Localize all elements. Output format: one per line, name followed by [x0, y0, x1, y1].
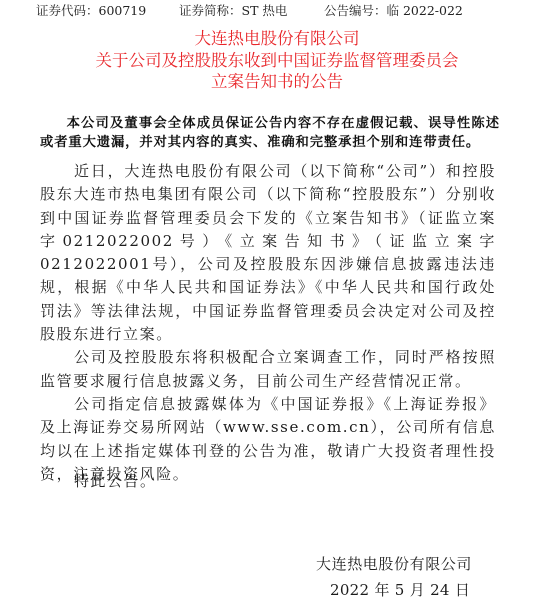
announcement-number: 公告编号：临 2022-022	[324, 2, 463, 20]
signature-date: 2022 年 5 月 24 日	[316, 577, 468, 603]
announcement-body: 近日，大连热电股份有限公司（以下简称“公司”）和控股股东大连市热电集团有限公司（…	[40, 160, 496, 486]
announcement-title: 大连热电股份有限公司 关于公司及控股股东收到中国证券监督管理委员会 立案告知书的…	[0, 28, 554, 93]
stock-code: 证券代码：600719	[36, 2, 146, 20]
title-subject-line2: 立案告知书的公告	[0, 71, 554, 93]
title-subject-line1: 关于公司及控股股东收到中国证券监督管理委员会	[0, 50, 554, 72]
title-company: 大连热电股份有限公司	[0, 28, 554, 50]
signature-block: 大连热电股份有限公司 2022 年 5 月 24 日	[316, 551, 468, 603]
stock-abbreviation: 证券简称：ST 热电	[179, 2, 287, 20]
body-paragraph-investigation: 近日，大连热电股份有限公司（以下简称“公司”）和控股股东大连市热电集团有限公司（…	[40, 160, 496, 346]
signature-company: 大连热电股份有限公司	[316, 551, 468, 577]
body-paragraph-cooperation: 公司及控股股东将积极配合立案调查工作，同时严格按照监管要求履行信息披露义务，目前…	[40, 346, 496, 393]
closing-statement: 特此公告。	[74, 470, 157, 493]
board-disclaimer: 本公司及董事会全体成员保证公告内容不存在虚假记载、误导性陈述或者重大遗漏，并对其…	[40, 114, 500, 152]
